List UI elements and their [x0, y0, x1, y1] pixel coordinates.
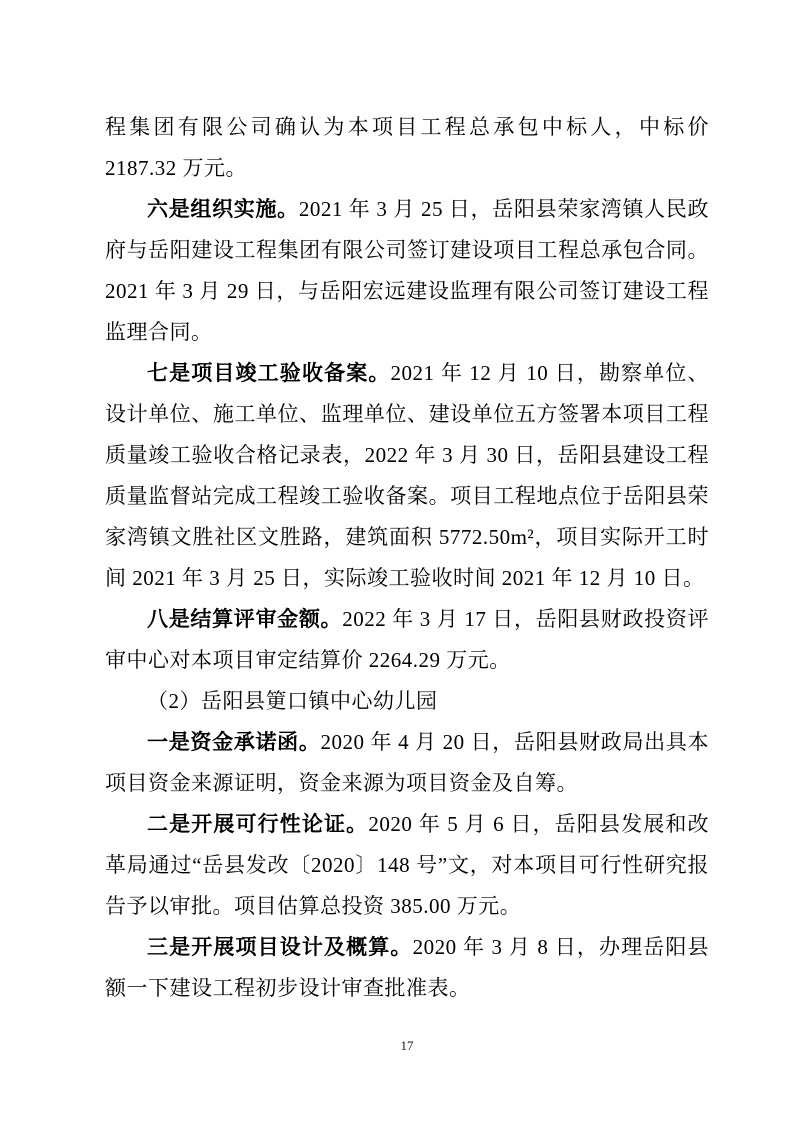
paragraph: 二是开展可行性论证。2020 年 5 月 6 日，岳阳县发展和改革局通过“岳县发…	[105, 804, 709, 927]
page-number: 17	[401, 1038, 414, 1053]
paragraph-lead-bold: 二是开展可行性论证。	[147, 812, 368, 836]
document-page: 程集团有限公司确认为本项目工程总承包中标人，中标价 2187.32 万元。六是组…	[0, 0, 793, 1122]
paragraph: 三是开展项目设计及概算。2020 年 3 月 8 日，办理岳阳县额一下建设工程初…	[105, 927, 709, 1009]
paragraph-lead-bold: 七是项目竣工验收备案。	[147, 361, 391, 385]
paragraph-text: （2）岳阳县筻口镇中心幼儿园	[147, 689, 438, 713]
paragraph: 八是结算评审金额。2022 年 3 月 17 日，岳阳县财政投资评审中心对本项目…	[105, 599, 709, 681]
paragraph: 六是组织实施。2021 年 3 月 25 日，岳阳县荣家湾镇人民政府与岳阳建设工…	[105, 189, 709, 353]
paragraph: 程集团有限公司确认为本项目工程总承包中标人，中标价 2187.32 万元。	[105, 107, 709, 189]
paragraph-lead-bold: 六是组织实施。	[147, 197, 299, 221]
paragraph-lead-bold: 八是结算评审金额。	[147, 607, 342, 631]
paragraph: （2）岳阳县筻口镇中心幼儿园	[105, 681, 709, 722]
paragraph-text: 程集团有限公司确认为本项目工程总承包中标人，中标价 2187.32 万元。	[105, 115, 709, 180]
paragraph-lead-bold: 一是资金承诺函。	[147, 730, 321, 754]
page-footer: 17	[105, 1038, 709, 1054]
paragraph-lead-bold: 三是开展项目设计及概算。	[147, 935, 413, 959]
paragraph-text: 2021 年 12 月 10 日，勘察单位、设计单位、施工单位、监理单位、建设单…	[105, 361, 709, 590]
paragraph: 一是资金承诺函。2020 年 4 月 20 日，岳阳县财政局出具本项目资金来源证…	[105, 722, 709, 804]
paragraph: 七是项目竣工验收备案。2021 年 12 月 10 日，勘察单位、设计单位、施工…	[105, 353, 709, 599]
document-body: 程集团有限公司确认为本项目工程总承包中标人，中标价 2187.32 万元。六是组…	[105, 107, 709, 1009]
